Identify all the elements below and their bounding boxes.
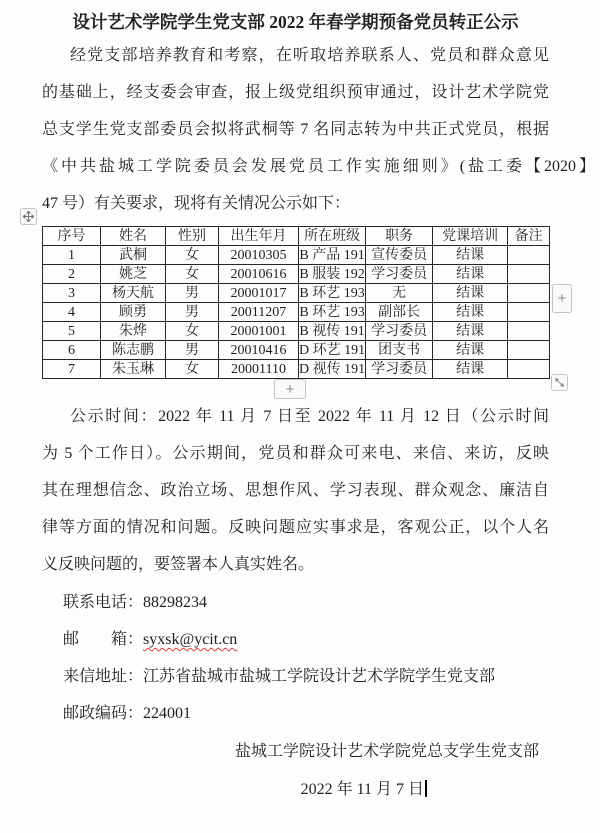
paragraph-line: 经党支部培养教育和考察，在听取培养联系人、党员和群众意见 [42, 37, 549, 74]
cell-name: 朱烨 [101, 322, 166, 341]
cell-training: 结课 [433, 265, 508, 284]
text-cursor [425, 780, 427, 797]
cell-duty: 学习委员 [366, 360, 433, 379]
contact-block: 联系电话：88298234 邮 箱：syxsk@ycit.cn 来信地址：江苏省… [42, 584, 549, 732]
cell-training: 结课 [433, 284, 508, 303]
date-text: 2022 年 11 月 7 日 [301, 781, 424, 798]
cell-name: 陈志鹏 [101, 341, 166, 360]
table-move-handle[interactable] [20, 208, 37, 225]
cell-class: B 视传 191 [299, 322, 366, 341]
cell-remark [508, 341, 550, 360]
table-row: 4 顾勇 男 20011207 B 环艺 193 副部长 结课 [43, 303, 550, 322]
cell-birth: 20010416 [219, 341, 299, 360]
cell-birth: 20001001 [219, 322, 299, 341]
col-header-training: 党课培训 [433, 227, 508, 246]
cell-duty: 宣传委员 [366, 246, 433, 265]
cell-name: 姚芝 [101, 265, 166, 284]
cell-index: 1 [43, 246, 101, 265]
contact-postcode: 邮政编码：224001 [42, 695, 549, 732]
cell-gender: 女 [166, 322, 219, 341]
table-row: 3 杨天航 男 20001017 B 环艺 193 无 结课 [43, 284, 550, 303]
cell-training: 结课 [433, 341, 508, 360]
contact-address: 来信地址：江苏省盐城市盐城工学院设计艺术学院学生党支部 [42, 658, 549, 695]
col-header-gender: 性别 [166, 227, 219, 246]
add-row-button[interactable]: + [274, 379, 306, 399]
cell-duty: 无 [366, 284, 433, 303]
cell-gender: 男 [166, 341, 219, 360]
email-label: 邮 箱： [63, 631, 143, 648]
signature-department: 盐城工学院设计艺术学院党总支学生党支部 [42, 733, 549, 771]
document-page: 设计艺术学院学生党支部 2022 年春学期预备党员转正公示 经党支部培养教育和考… [0, 0, 600, 833]
table-row: 5 朱烨 女 20001001 B 视传 191 学习委员 结课 [43, 322, 550, 341]
cell-gender: 女 [166, 246, 219, 265]
table-header-row: 序号 姓名 性别 出生年月 所在班级 职务 党课培训 备注 [43, 227, 550, 246]
email-value: syxsk@ycit.cn [143, 631, 237, 648]
cell-remark [508, 284, 550, 303]
paragraph-line: 《中共盐城工学院委员会发展党员工作实施细则》(盐工委【2020】 [42, 148, 595, 185]
cell-duty: 副部长 [366, 303, 433, 322]
cell-duty: 学习委员 [366, 265, 433, 284]
cell-remark [508, 303, 550, 322]
col-header-class: 所在班级 [299, 227, 366, 246]
cell-index: 4 [43, 303, 101, 322]
contact-email: 邮 箱：syxsk@ycit.cn [42, 621, 549, 658]
table-row: 2 姚芝 女 20010616 B 服装 192 学习委员 结课 [43, 265, 550, 284]
table-resize-handle[interactable] [551, 374, 568, 391]
cell-duty: 学习委员 [366, 322, 433, 341]
paragraph-line: 律等方面的情况和问题。反映问题应实事求是，客观公正，以个人名 [42, 509, 549, 546]
col-header-remark: 备注 [508, 227, 550, 246]
col-header-duty: 职务 [366, 227, 433, 246]
plus-icon: + [558, 290, 567, 307]
cell-remark [508, 246, 550, 265]
resize-diagonal-icon [554, 377, 565, 388]
cell-gender: 女 [166, 265, 219, 284]
postcode-value: 224001 [143, 705, 191, 722]
cell-training: 结课 [433, 303, 508, 322]
phone-value: 88298234 [143, 594, 207, 611]
paragraph-line: 为 5 个工作日）。公示期间，党员和群众可来电、来信、来访，反映 [42, 435, 549, 472]
paragraph-line: 其在理想信念、政治立场、思想作风、学习表现、群众观念、廉洁自 [42, 472, 549, 509]
cell-gender: 男 [166, 284, 219, 303]
address-value: 江苏省盐城市盐城工学院设计艺术学院学生党支部 [143, 668, 495, 685]
cell-index: 5 [43, 322, 101, 341]
cell-index: 2 [43, 265, 101, 284]
cell-name: 武桐 [101, 246, 166, 265]
table-row: 1 武桐 女 20010305 B 产品 191 宣传委员 结课 [43, 246, 550, 265]
cell-remark [508, 265, 550, 284]
cell-class: D 环艺 191 [299, 341, 366, 360]
col-header-name: 姓名 [101, 227, 166, 246]
cell-remark [508, 360, 550, 379]
cell-name: 杨天航 [101, 284, 166, 303]
cell-birth: 20001110 [219, 360, 299, 379]
signature-block: 盐城工学院设计艺术学院党总支学生党支部 2022 年 11 月 7 日 [42, 733, 549, 809]
contact-phone: 联系电话：88298234 [42, 584, 549, 621]
col-header-birth: 出生年月 [219, 227, 299, 246]
table-row: 7 朱玉琳 女 20001110 D 视传 191 学习委员 结课 [43, 360, 550, 379]
table-row: 6 陈志鹏 男 20010416 D 环艺 191 团支书 结课 [43, 341, 550, 360]
paragraph-line: 47 号）有关要求，现将有关情况公示如下： [42, 185, 549, 222]
cell-birth: 20011207 [219, 303, 299, 322]
cell-class: B 产品 191 [299, 246, 366, 265]
cell-name: 朱玉琳 [101, 360, 166, 379]
cell-training: 结课 [433, 246, 508, 265]
paragraph-intro: 经党支部培养教育和考察，在听取培养联系人、党员和群众意见 的基础上，经支委会审查… [42, 37, 549, 222]
paragraph-line: 的基础上，经支委会审查，报上级党组织预审通过，设计艺术学院党 [42, 74, 549, 111]
signature-date: 2022 年 11 月 7 日 [42, 771, 549, 809]
paragraph-line: 总支学生党支部委员会拟将武桐等 7 名同志转为中共正式党员，根据 [42, 111, 549, 148]
add-column-button[interactable]: + [552, 284, 572, 313]
cell-training: 结课 [433, 322, 508, 341]
cell-remark [508, 322, 550, 341]
cell-duty: 团支书 [366, 341, 433, 360]
cell-name: 顾勇 [101, 303, 166, 322]
paragraph-line: 公示时间：2022 年 11 月 7 日至 2022 年 11 月 12 日（公… [42, 398, 549, 435]
cell-birth: 20001017 [219, 284, 299, 303]
cell-training: 结课 [433, 360, 508, 379]
plus-icon: + [286, 381, 295, 398]
roster-table: 序号 姓名 性别 出生年月 所在班级 职务 党课培训 备注 1 武桐 女 200… [42, 226, 550, 379]
phone-label: 联系电话： [63, 594, 143, 611]
paragraph-notice: 公示时间：2022 年 11 月 7 日至 2022 年 11 月 12 日（公… [42, 398, 549, 583]
cell-class: D 视传 191 [299, 360, 366, 379]
paragraph-line: 义反映问题的，要签署本人真实姓名。 [42, 546, 549, 583]
address-label: 来信地址： [63, 668, 143, 685]
move-icon [23, 211, 34, 222]
cell-gender: 女 [166, 360, 219, 379]
document-title: 设计艺术学院学生党支部 2022 年春学期预备党员转正公示 [42, 7, 549, 37]
postcode-label: 邮政编码： [63, 705, 143, 722]
cell-birth: 20010305 [219, 246, 299, 265]
cell-gender: 男 [166, 303, 219, 322]
cell-index: 3 [43, 284, 101, 303]
cell-class: B 服装 192 [299, 265, 366, 284]
cell-birth: 20010616 [219, 265, 299, 284]
cell-class: B 环艺 193 [299, 303, 366, 322]
cell-index: 6 [43, 341, 101, 360]
cell-class: B 环艺 193 [299, 284, 366, 303]
col-header-index: 序号 [43, 227, 101, 246]
cell-index: 7 [43, 360, 101, 379]
